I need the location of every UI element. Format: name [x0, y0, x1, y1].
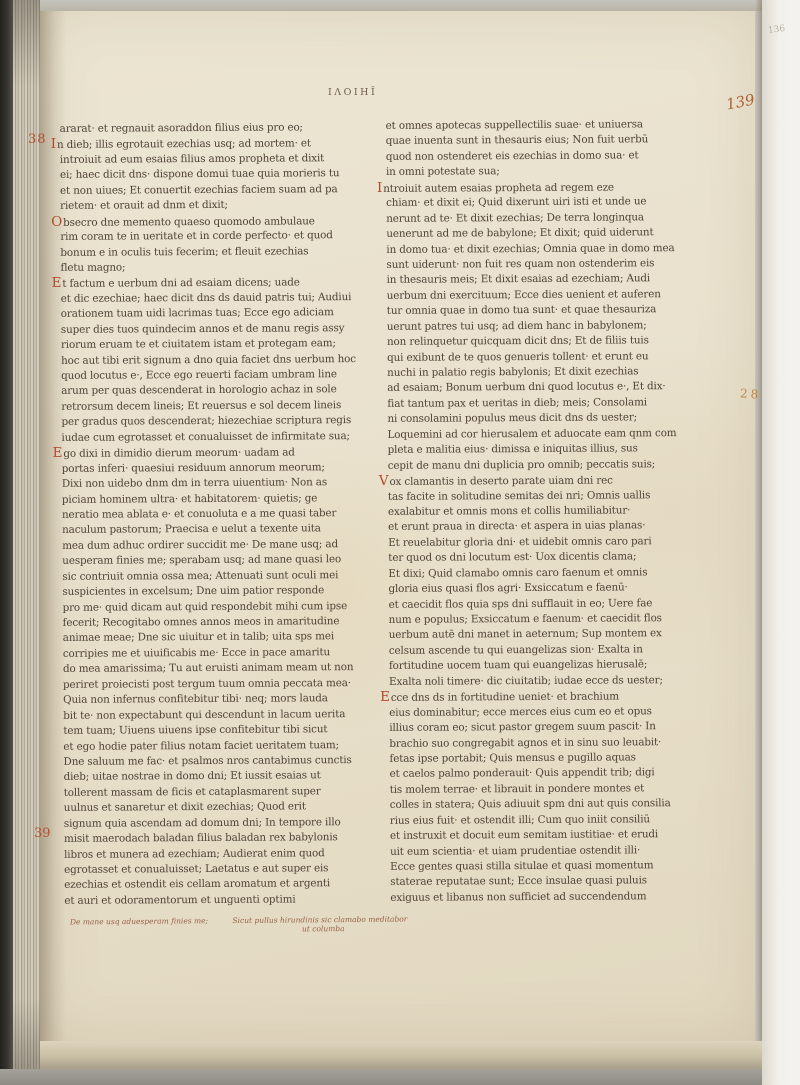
- manuscript-photo: IΛOIHĪ 136 139 38 39 28 ararat· et regna…: [0, 0, 800, 1085]
- manuscript-text-line: in thesauris meis; Et dixit esaias ad ez…: [387, 271, 675, 288]
- rubricated-initial: E: [53, 445, 64, 461]
- manuscript-text-line: orationem tuam uidi lacrimas tuas; Ecce …: [61, 305, 343, 322]
- manuscript-text-line: nuchi in palatio regis babylonis; Et dix…: [387, 364, 675, 381]
- manuscript-text-line: cepit de manu dni duplicia pro omnib; pe…: [388, 457, 676, 474]
- manuscript-text-line: Loquemini ad cor hierusalem et aduocate …: [387, 426, 675, 443]
- rubricated-initial: O: [51, 213, 63, 229]
- manuscript-text-line: brachio suo congregabit agnos et in sinu…: [389, 735, 677, 752]
- manuscript-text-line: iudae cum egrotasset et conualuisset de …: [61, 429, 343, 446]
- manuscript-text-line: qui exibunt de te quos genueris tollent·…: [387, 349, 675, 366]
- manuscript-text-line: quod locutus e·, Ecce ego reuerti faciam…: [61, 367, 343, 384]
- manuscript-text-line: chiam· et dixit ei; Quid dixerunt uiri i…: [386, 194, 674, 211]
- manuscript-text-line: exiguus et libanus non sufficiet ad succ…: [390, 889, 678, 906]
- chapter-number-39: 39: [34, 826, 51, 841]
- text-column-right: et omnes apotecas suppellectilis suae· e…: [386, 117, 679, 906]
- manuscript-text-line: Introiuit autem esaias propheta ad regem…: [386, 179, 674, 196]
- marginal-gloss: De mane usq aduesperam finies me; Sicut …: [70, 915, 400, 936]
- manuscript-text-line: in omni potestate sua;: [386, 163, 674, 180]
- manuscript-text-line: quod non ostenderet eis ezechias in domo…: [386, 148, 674, 165]
- manuscript-text-line: fortitudine uocem tuam qui euangelizas h…: [389, 657, 677, 674]
- manuscript-text-line: pleta e malitia eius· dimissa e iniquita…: [388, 441, 676, 458]
- manuscript-text-line: ei; haec dicit dns· dispone domui tuae q…: [60, 166, 342, 183]
- rubricated-initial: V: [379, 473, 390, 489]
- manuscript-text-line: et non uiues; Et conuertit ezechias faci…: [60, 182, 342, 199]
- manuscript-text-line: ter quod os dni locutum est· Uox dicenti…: [388, 549, 676, 566]
- manuscript-text-line: staterae reputatae sunt; Ecce insulae qu…: [390, 874, 678, 891]
- manuscript-text-line: fetas ipse portabit; Quis mensus e pugil…: [389, 750, 677, 767]
- manuscript-text-line: quae inuenta sunt in thesauris eius; Non…: [386, 133, 674, 150]
- manuscript-text-line: uenerunt ad me de babylone; Et dixit; qu…: [386, 225, 674, 242]
- manuscript-text-line: fletu magno;: [60, 259, 342, 276]
- folio-number: 139: [725, 90, 757, 113]
- manuscript-text-line: rietem· et orauit ad dnm et dixit;: [60, 197, 342, 214]
- rubricated-initial: E: [380, 689, 391, 705]
- gloss-part-3: ut columba: [302, 924, 400, 934]
- manuscript-text-line: uit eum scientia· et uiam prudentiae ost…: [390, 843, 678, 860]
- manuscript-text-line: tollerent massam de ficis et cataplasmar…: [64, 784, 346, 801]
- manuscript-text-line: corripies me et uiuificabis me· Ecce in …: [63, 645, 345, 662]
- manuscript-text-line: Vox clamantis in deserto parate uiam dni…: [388, 472, 676, 489]
- manuscript-text-line: tur omnia quae in domo tua sunt· et quae…: [387, 302, 675, 319]
- manuscript-text-line: illius coram eo; sicut pastor gregem suu…: [389, 719, 677, 736]
- manuscript-text-line: fiat tantum pax et ueritas in dieb; meis…: [387, 395, 675, 412]
- manuscript-text-line: ararat· et regnauit asoraddon filius eiu…: [60, 120, 342, 137]
- manuscript-text-line: bonum e in oculis tuis fecerim; et fleui…: [60, 244, 342, 261]
- rubricated-initial: I: [377, 180, 383, 196]
- manuscript-text-line: uerbum autē dni manet in aeternum; Sup m…: [389, 627, 677, 644]
- manuscript-text-line: Quia non infernus confitebitur tibi· neq…: [63, 691, 345, 708]
- manuscript-text-line: uulnus et sanaretur et dixit ezechias; Q…: [64, 799, 346, 816]
- manuscript-text-line: nerunt ad te· Et dixit ezechias; De terr…: [386, 210, 674, 227]
- manuscript-text-line: Et factum e uerbum dni ad esaiam dicens;…: [61, 275, 343, 292]
- manuscript-text-line: eius dominabitur; ecce merces eius cum e…: [389, 704, 677, 721]
- manuscript-text-line: animae meae; Dne sic uiuitur et in talib…: [63, 630, 345, 647]
- manuscript-text-line: celsum ascende tu qui euangelizas sion· …: [389, 642, 677, 659]
- text-column-left: ararat· et regnauit asoraddon filius eiu…: [60, 120, 347, 909]
- manuscript-text-line: Exalta noli timere· dic ciuitatib; iudae…: [389, 673, 677, 690]
- manuscript-text-line: hoc aut tibi erit signum a dno quia faci…: [61, 352, 343, 369]
- book-binding: [0, 0, 13, 1085]
- manuscript-text-line: et ego hodie pater filius notam faciet u…: [63, 738, 345, 755]
- manuscript-text-line: num e populus; Exsiccatum e faenum· et c…: [389, 611, 677, 628]
- manuscript-text-line: In dieb; illis egrotauit ezechias usq; a…: [60, 136, 342, 153]
- manuscript-text-line: suspicientes in excelsum; Dne uim patior…: [62, 583, 344, 600]
- manuscript-text-line: gloria eius quasi flos agri· Exsiccatum …: [388, 580, 676, 597]
- manuscript-text-line: super dies tuos quindecim annos et de ma…: [61, 321, 343, 338]
- manuscript-text-line: Obsecro dne memento quaeso quomodo ambul…: [60, 213, 342, 230]
- manuscript-text-line: Ecce dns ds in fortitudine ueniet· et br…: [389, 688, 677, 705]
- manuscript-text-line: introiuit ad eum esaias filius amos prop…: [60, 151, 342, 168]
- chapter-number-38: 38: [28, 132, 47, 147]
- manuscript-text-line: tis molem terrae· et librauit in pondere…: [390, 781, 678, 798]
- page-bottom-edge: [40, 1041, 762, 1069]
- margin-section-mark: 28: [740, 386, 762, 401]
- page-right-edge-shadow: [755, 0, 762, 1085]
- photo-right-margin: [762, 0, 800, 1085]
- manuscript-text-line: Et reuelabitur gloria dni· et uidebit om…: [388, 534, 676, 551]
- manuscript-text-line: colles in statera; Quis adiuuit spm dni …: [390, 796, 678, 813]
- manuscript-text-line: per gradus quos descenderat; hiezechiae …: [61, 413, 343, 430]
- manuscript-text-line: exalabitur et omnis mons et collis humil…: [388, 503, 676, 520]
- page-stack-shadow: [13, 0, 40, 1085]
- manuscript-text-line: et erunt praua in directa· et aspera in …: [388, 518, 676, 535]
- manuscript-text-line: pro me· quid dicam aut quid respondebit …: [63, 599, 345, 616]
- manuscript-text-line: tem tuam; Uiuens uiuens ipse confitebitu…: [63, 722, 345, 739]
- manuscript-text-line: rim coram te in ueritate et in corde per…: [60, 228, 342, 245]
- manuscript-text-line: naculum pastorum; Praecisa e uelut a tex…: [62, 522, 344, 539]
- manuscript-text-line: Dixi non uidebo dnm dm in terra uiuentiu…: [62, 475, 344, 492]
- running-title: IΛOIHĪ: [328, 87, 377, 98]
- manuscript-text-line: ni consolamini populus meus dicit dns ds…: [387, 410, 675, 427]
- manuscript-text-line: et omnes apotecas suppellectilis suae· e…: [386, 117, 674, 134]
- manuscript-text-line: Et dixi; Quid clamabo omnis caro faenum …: [388, 565, 676, 582]
- manuscript-text-line: portas inferi· quaesiui residuum annorum…: [62, 460, 344, 477]
- manuscript-text-line: fecerit; Recogitabo omnes annos meos in …: [63, 614, 345, 631]
- manuscript-text-line: tas facite in solitudine semitas dei nri…: [388, 488, 676, 505]
- manuscript-text-line: et instruxit et docuit eum semitam iusti…: [390, 827, 678, 844]
- manuscript-text-line: piciam hominem ultra· et habitatorem· qu…: [62, 491, 344, 508]
- manuscript-text-line: neratio mea ablata e· et conuoluta e a m…: [62, 506, 344, 523]
- manuscript-text-line: uerbum dni exercituum; Ecce dies uenient…: [387, 287, 675, 304]
- manuscript-text-line: egrotasset et conualuisset; Laetatus e a…: [64, 861, 346, 878]
- manuscript-text-line: Ego dixi in dimidio dierum meorum· uadam…: [62, 444, 344, 461]
- manuscript-text-line: ezechias et ostendit eis cellam aromatum…: [64, 877, 346, 894]
- rubricated-initial: E: [52, 275, 63, 291]
- manuscript-text-line: arum per quas descenderat in horologio a…: [61, 383, 343, 400]
- manuscript-text-line: et auri et odoramentorum et unguenti opt…: [64, 892, 346, 909]
- manuscript-text-line: uesperam finies me; sperabam usq; ad man…: [62, 552, 344, 569]
- manuscript-text-line: do mea amarissima; Tu aut eruisti animam…: [63, 660, 345, 677]
- manuscript-text-line: retrorsum decem lineis; Et reuersus e so…: [61, 398, 343, 415]
- photo-bottom-edge: [0, 1069, 762, 1085]
- manuscript-text-line: ad esaiam; Bonum uerbum dni quod locutus…: [387, 380, 675, 397]
- manuscript-text-line: sic contriuit omnia ossa mea; Attenuati …: [62, 568, 344, 585]
- parchment-leaf: IΛOIHĪ 136 139 38 39 28 ararat· et regna…: [40, 11, 755, 1041]
- gloss-part-1: De mane usq aduesperam finies me;: [70, 916, 208, 926]
- manuscript-text-line: in domo tua· et dixit ezechias; Omnia qu…: [386, 241, 674, 258]
- manuscript-text-line: bit te· non expectabunt qui descendunt i…: [63, 707, 345, 724]
- manuscript-text-line: Dne saluum me fac· et psalmos nros canta…: [63, 753, 345, 770]
- manuscript-text-line: periret proiecisti post tergum tuum omni…: [63, 676, 345, 693]
- manuscript-text-line: et caelos palmo ponderauit· Quis appendi…: [390, 765, 678, 782]
- manuscript-text-line: dieb; uitae nostrae in domo dni; Et iuss…: [64, 769, 346, 786]
- manuscript-text-line: Ecce gentes quasi stilla situlae et quas…: [390, 858, 678, 875]
- manuscript-text-line: signum quia ascendam ad domum dni; In te…: [64, 815, 346, 832]
- manuscript-text-line: uerunt patres tui usq; ad diem hanc in b…: [387, 318, 675, 335]
- manuscript-text-line: rius eius fuit· et ostendit illi; Cum qu…: [390, 812, 678, 829]
- manuscript-text-line: et dic ezechiae; haec dicit dns ds dauid…: [61, 290, 343, 307]
- manuscript-text-line: riorum eruam te et ciuitatem istam et pr…: [61, 336, 343, 353]
- manuscript-text-line: mea dum adhuc ordirer succidit me· De ma…: [62, 537, 344, 554]
- manuscript-text-line: sunt uiderunt· non fuit res quam non ost…: [386, 256, 674, 273]
- manuscript-text-line: non relinquetur quicquam dicit dns; Et d…: [387, 333, 675, 350]
- photo-top-edge: [40, 0, 762, 11]
- manuscript-text-line: libros et munera ad ezechiam; Audierat e…: [64, 846, 346, 863]
- rubricated-initial: I: [51, 136, 57, 152]
- manuscript-text-line: et caecidit flos quia sps dni sufflauit …: [389, 596, 677, 613]
- manuscript-text-line: misit maerodach baladan filius baladan r…: [64, 830, 346, 847]
